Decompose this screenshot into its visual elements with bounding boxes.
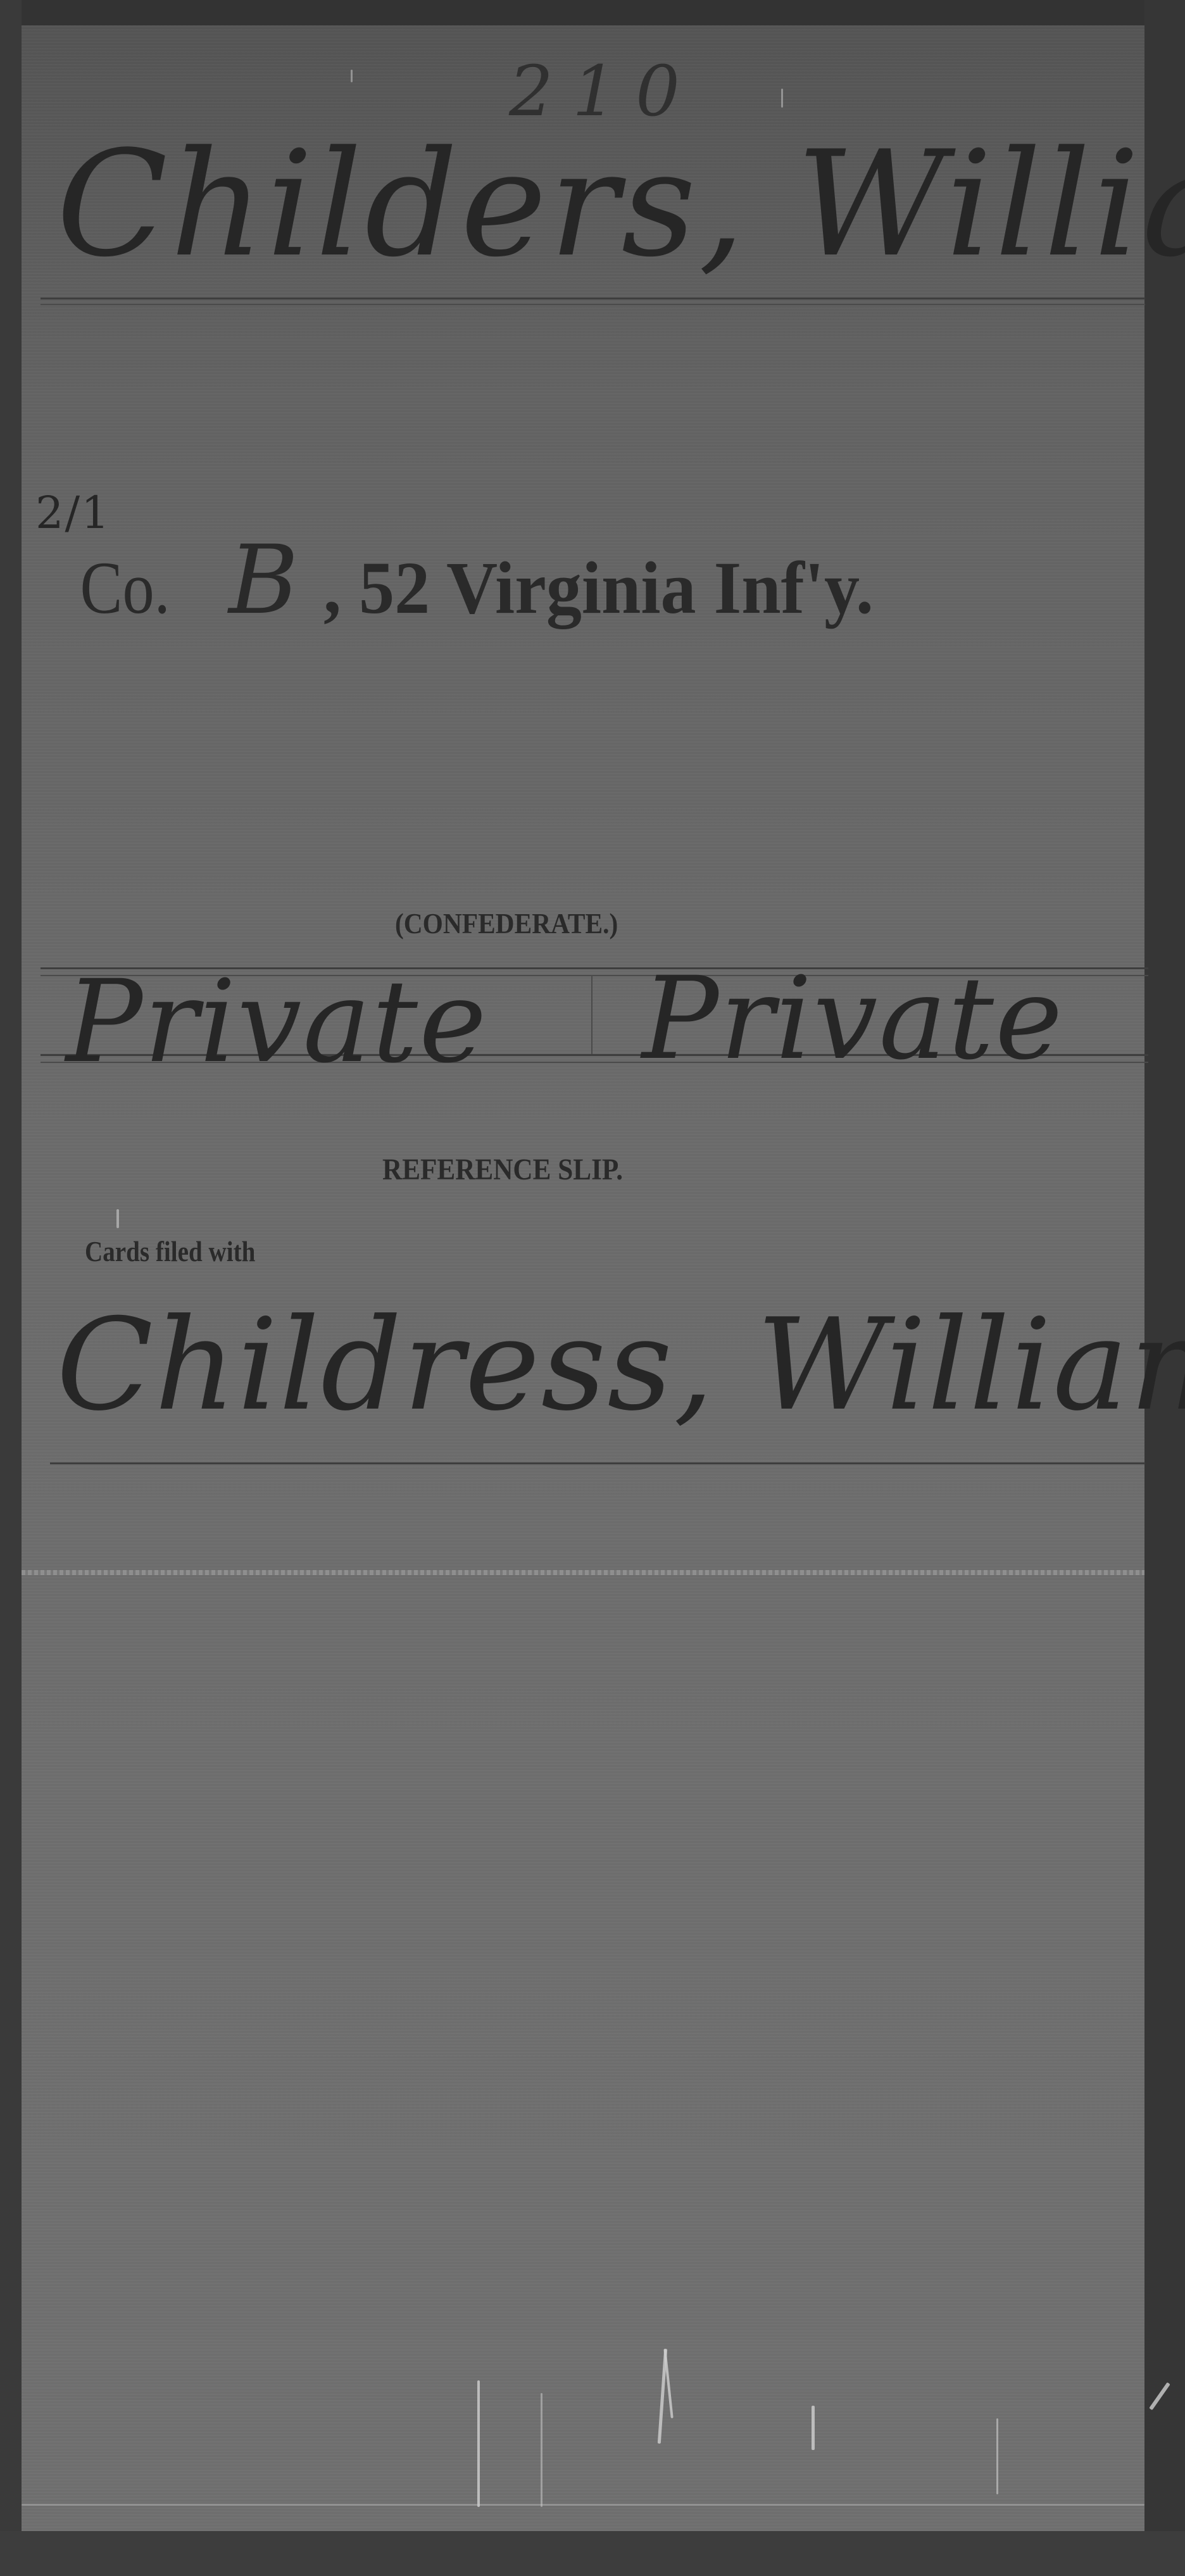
slip-title: REFERENCE SLIP. [382, 1152, 623, 1187]
cards-filed-label: Cards filed with [85, 1235, 255, 1268]
film-scratch [781, 89, 783, 108]
name-underline-2 [41, 304, 1145, 305]
name-underline [41, 298, 1145, 299]
company-prefix: Co. [80, 545, 170, 631]
cards-filed-name: Childress, William [56, 1291, 1185, 1439]
soldier-name: Childers, William [56, 120, 1185, 289]
film-border-top [0, 0, 1185, 25]
film-scratch [812, 2406, 815, 2450]
slip-divider [22, 1570, 1144, 1575]
rank-enlisted: Private [66, 956, 488, 1088]
cards-filed-underline [50, 1462, 1145, 1464]
regiment: , 52 Virginia Inf'y. [323, 545, 874, 631]
film-border-bottom [0, 2531, 1185, 2576]
company-letter: B [229, 525, 298, 636]
film-scratch [663, 2349, 673, 2418]
affiliation-label: (CONFEDERATE.) [395, 907, 618, 940]
film-scratch [351, 70, 353, 82]
rank-discharged: Private [642, 953, 1064, 1085]
company-line: Co. B , 52 Virginia Inf'y. [72, 525, 903, 636]
film-border-left [0, 0, 22, 2576]
rank-column-divider [591, 975, 592, 1054]
file-number: 210 [509, 51, 699, 132]
film-scratch [541, 2393, 542, 2507]
film-scratch [477, 2380, 480, 2507]
film-scratch [996, 2418, 998, 2494]
film-border-right [1144, 0, 1185, 2576]
film-scratch [116, 1209, 119, 1228]
film-scratch [22, 2504, 1144, 2506]
reference-slip-card: 210 Childers, William 2/1 Co. B , 52 Vir… [22, 25, 1144, 2531]
